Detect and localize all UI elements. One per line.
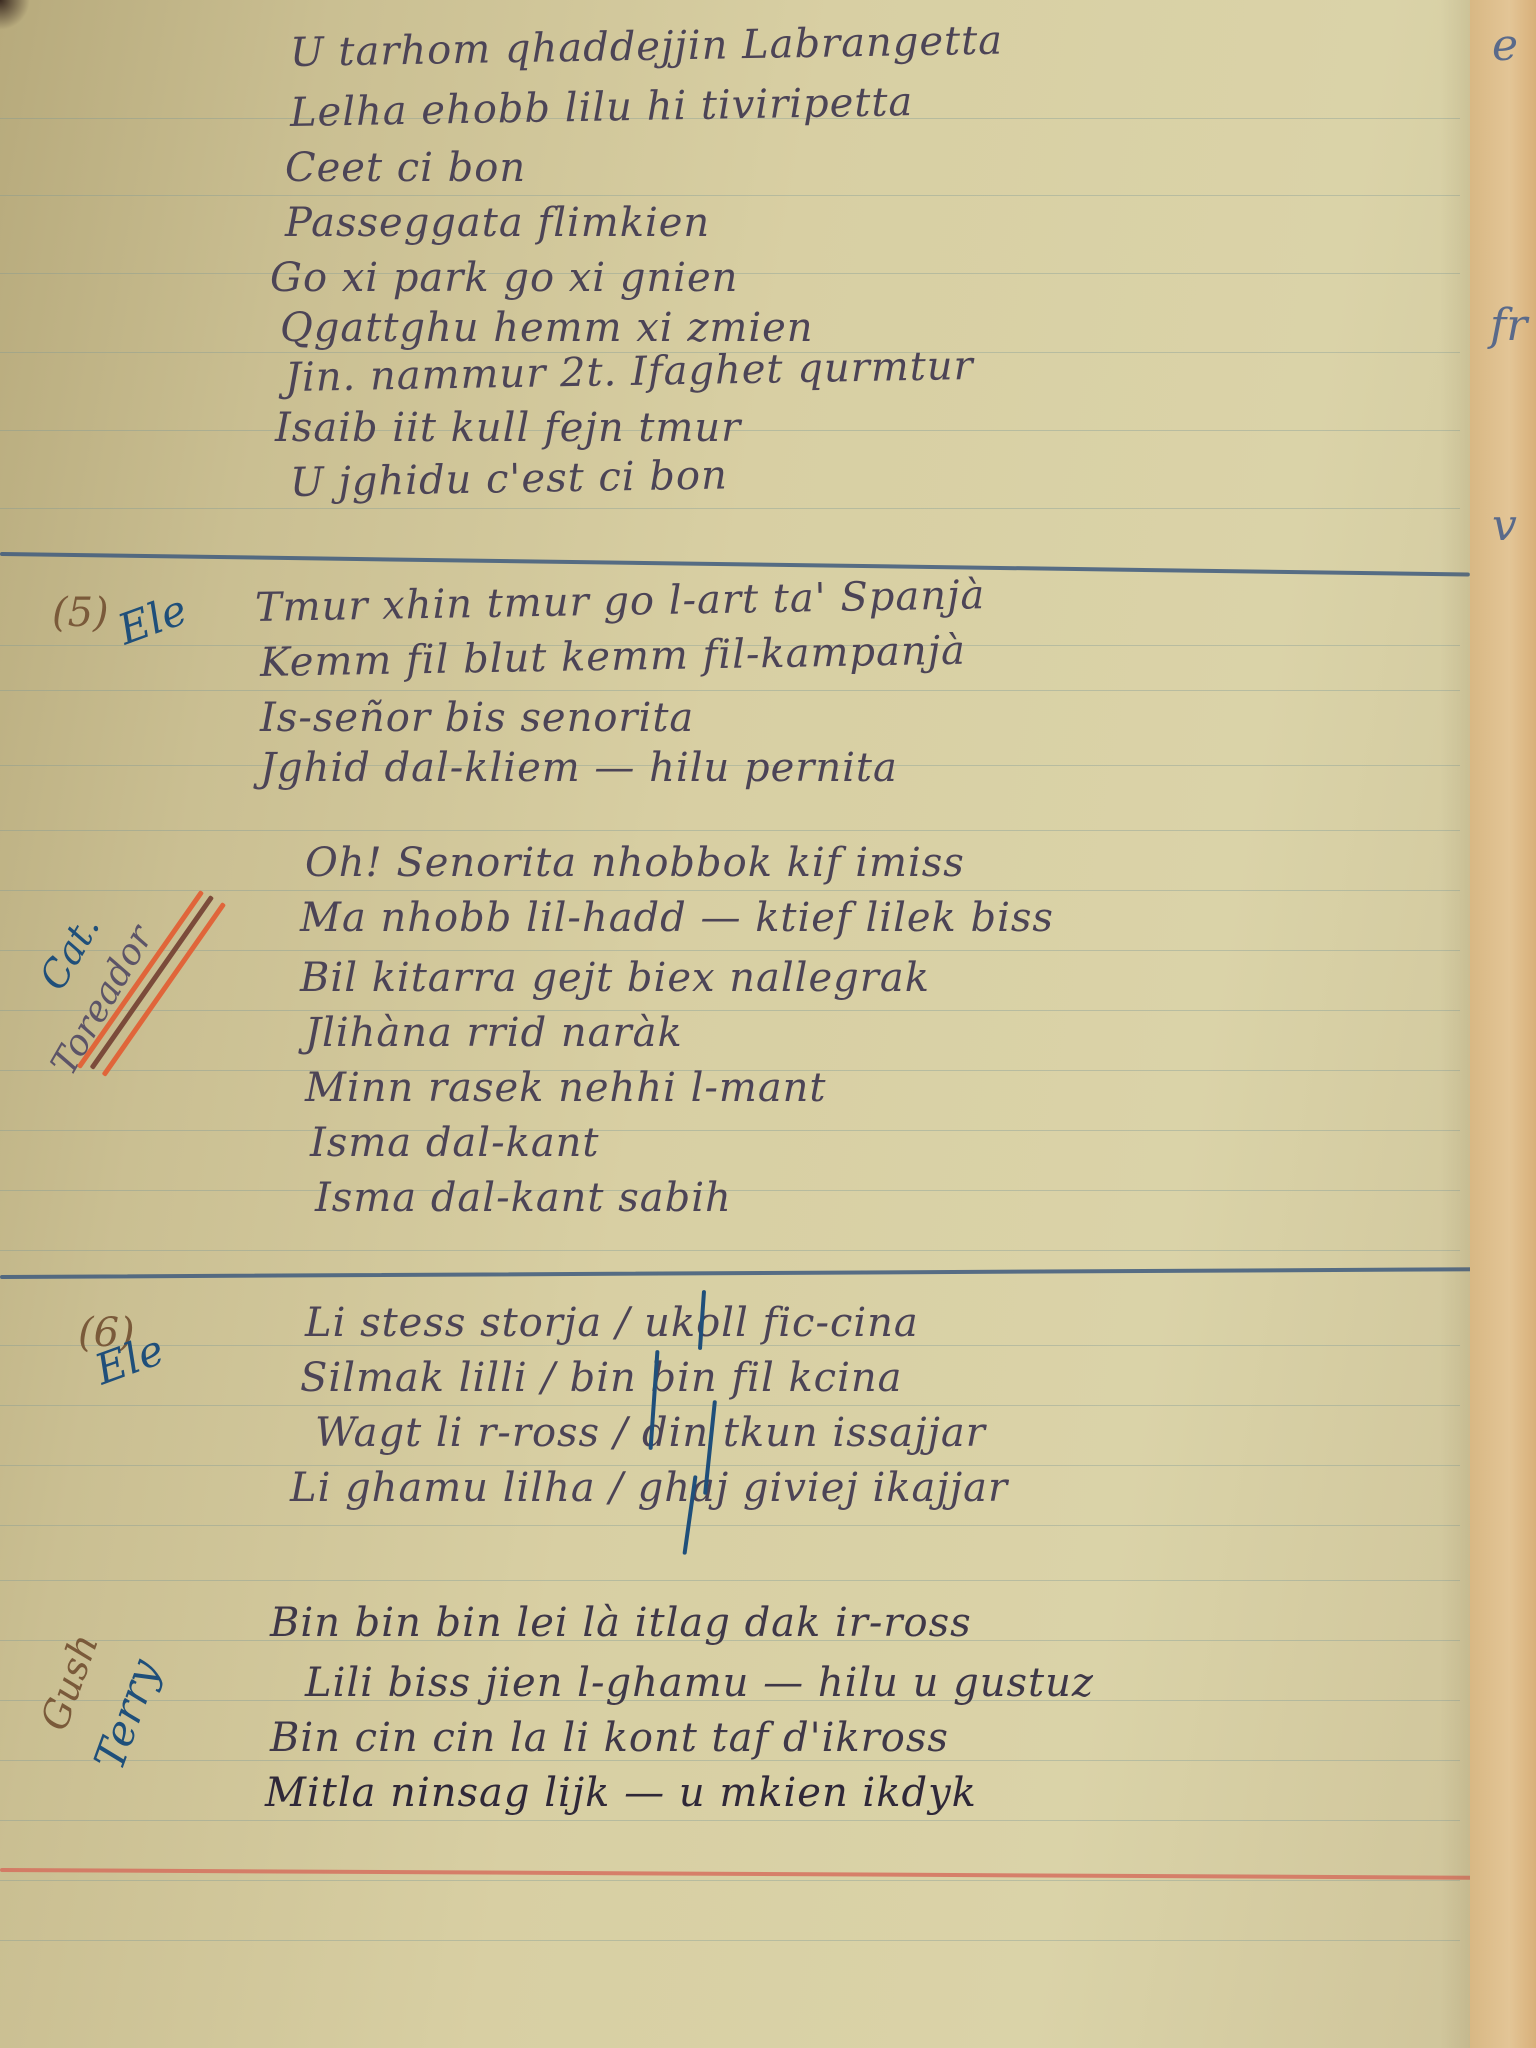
verse-line: Qgattghu hemm xi zmien [280,305,814,351]
ruled-line [0,1580,1460,1581]
verse-line: Ceet ci bon [285,145,526,191]
facing-page-mark: fr [1490,300,1527,351]
ruled-line [0,1250,1460,1251]
verse-line: U tarhom qhaddejjin Labrangetta [290,18,1004,76]
ruled-line [0,195,1460,196]
verse-line: Minn rasek nehhi l-mant [305,1065,827,1111]
ruled-line [0,1405,1460,1406]
verse-number: (5) [52,590,109,636]
ruled-line [0,1010,1460,1011]
verse-line: Tmur xhin tmur go l-art ta' Spanjà [255,572,986,631]
ruled-line [0,830,1460,831]
margin-note-gush: Gush [32,1628,107,1736]
verse-line: Bin cin cin la li kont taf d'ikross [270,1715,949,1761]
verse-line: Isma dal-kant [310,1120,600,1166]
facing-page: e fr v [1470,0,1536,2048]
notebook-page: U tarhom qhaddejjin Labrangetta Lelha eh… [0,0,1490,2048]
verse-line: Jghid dal-kliem — hilu pernita [260,745,898,791]
facing-page-mark: e [1492,20,1518,71]
verse-line: Is-señor bis senorita [260,695,694,741]
verse-line: Bil kitarra gejt biex nallegrak [300,955,930,1001]
facing-page-mark: v [1492,500,1517,551]
section-divider-red [0,1868,1536,1880]
ruled-line [0,690,1460,691]
verse-line: Silmak lilli / bin bin fil kcina [300,1355,903,1401]
singer-note: Ele [112,585,194,655]
ruled-line [0,950,1460,951]
verse-line: Lili biss jien l-ghamu — hilu u gustuz [305,1660,1094,1706]
ruled-line [0,1130,1460,1131]
ruled-line [0,1820,1460,1821]
ruled-line [0,1525,1460,1526]
verse-line: Go xi park go xi gnien [270,255,738,301]
verse-line: Mitla ninsag lijk — u mkien ikdyk [265,1770,977,1816]
verse-line: Ma nhobb lil-hadd — ktief lilek biss [300,895,1054,941]
verse-line: Lelha ehobb lilu hi tiviripetta [290,79,914,136]
margin-note-terry: Terry [84,1653,169,1776]
verse-line: Li ghamu lilha / ghaj giviej ikajjar [290,1465,1008,1511]
verse-line: Jlihàna rrid naràk [305,1010,683,1056]
ruled-line [0,890,1460,891]
verse-line: Isma dal-kant sabih [315,1175,732,1221]
page-corner-shadow [0,0,30,30]
verse-line: Isaib iit kull fejn tmur [275,405,741,451]
ruled-line [0,1880,1460,1881]
ruled-line [0,1940,1460,1941]
ruled-line [0,508,1460,509]
verse-line: U jghidu c'est ci bon [290,452,729,506]
verse-line: Oh! Senorita nhobbok kif imiss [305,840,965,886]
verse-line: Li stess storja / ukoll fic-cina [305,1300,919,1346]
verse-line: Kemm fil blut kemm fil-kampanjà [260,628,967,686]
verse-line: Bin bin bin lei là itlag dak ir-ross [270,1600,972,1646]
section-divider [0,1267,1510,1279]
section-divider [0,552,1470,577]
verse-line: Passeggata flimkien [285,200,710,246]
